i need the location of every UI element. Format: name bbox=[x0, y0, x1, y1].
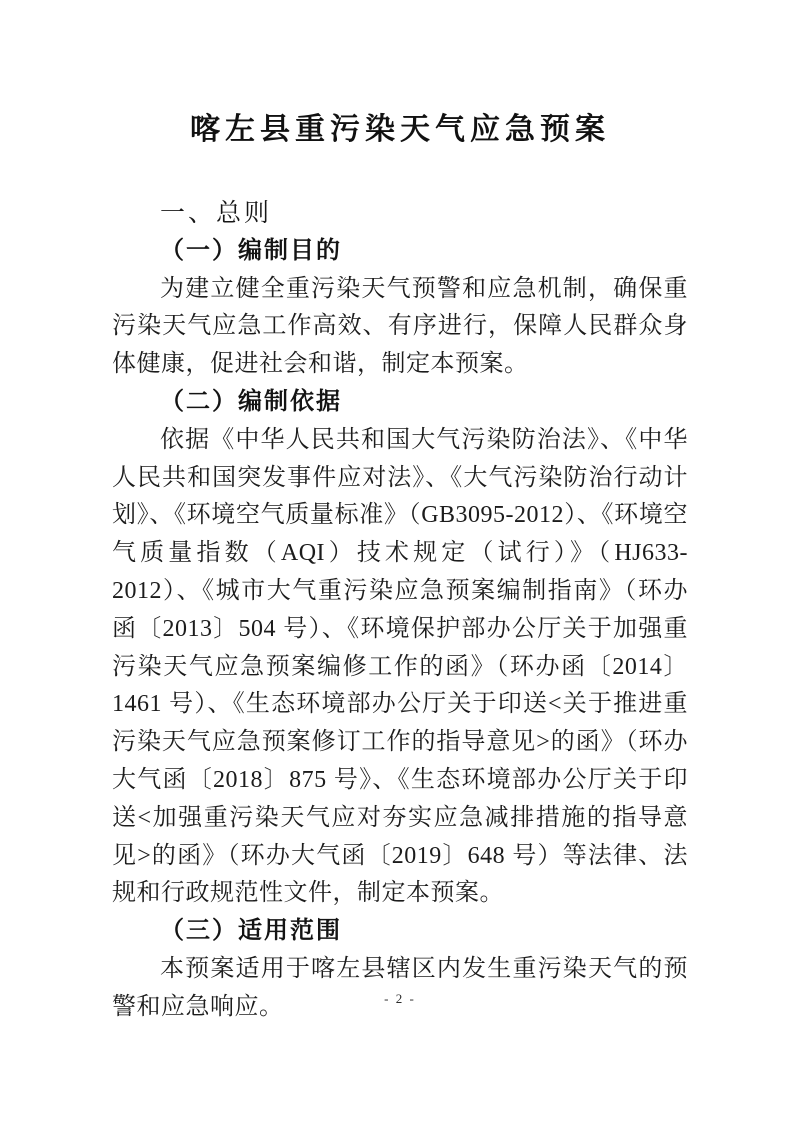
page-number: - 2 - bbox=[0, 991, 800, 1007]
paragraph-compilation-basis: 依据《中华人民共和国大气污染防治法》、《中华人民共和国突发事件应对法》、《大气污… bbox=[112, 422, 688, 913]
section-heading-compilation-basis: （二）编制依据 bbox=[112, 384, 688, 422]
section-heading-scope-of-application: （三）适用范围 bbox=[112, 913, 688, 951]
paragraph-scope-of-application: 本预案适用于喀左县辖区内发生重污染天气的预警和应急响应。 bbox=[112, 951, 688, 1027]
paragraph-compilation-purpose: 为建立健全重污染天气预警和应急机制，确保重污染天气应急工作高效、有序进行，保障人… bbox=[112, 271, 688, 384]
section-heading-compilation-purpose: （一）编制目的 bbox=[112, 233, 688, 271]
chapter-heading-general-rules: 一、总则 bbox=[112, 195, 688, 233]
document-page: 喀左县重污染天气应急预案 一、总则 （一）编制目的 为建立健全重污染天气预警和应… bbox=[0, 0, 800, 1130]
document-body: 一、总则 （一）编制目的 为建立健全重污染天气预警和应急机制，确保重污染天气应急… bbox=[112, 195, 688, 1027]
document-title: 喀左县重污染天气应急预案 bbox=[0, 0, 800, 148]
